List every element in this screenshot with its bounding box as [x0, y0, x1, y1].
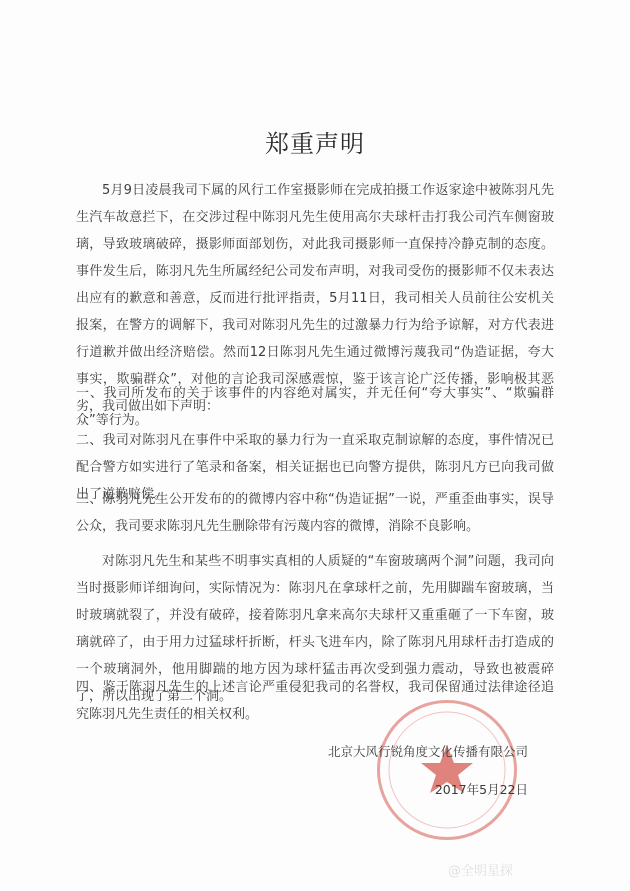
weibo-watermark: @全明星探 — [448, 860, 513, 879]
statement-point-1: 一、我司所发布的关于该事件的内容绝对属实，并无任何“夸大事实”、“欺骗群众”等行… — [76, 380, 554, 434]
signature-date: 2017年5月22日 — [435, 780, 528, 798]
signature-company: 北京大风行锐角度文化传播有限公司 — [328, 742, 528, 760]
company-seal-icon — [377, 700, 517, 840]
document-page: 郑重声明 5月9日凌晨我司下属的风行工作室摄影师在完成拍摄工作返家途中被陈羽凡先… — [0, 0, 630, 891]
star-icon — [380, 703, 514, 837]
page-title: 郑重声明 — [0, 124, 630, 159]
statement-point-3: 三、陈羽凡先生公开发布的的微博内容中称“伪造证据”一说，严重歪曲事实，误导公众，… — [76, 486, 554, 540]
